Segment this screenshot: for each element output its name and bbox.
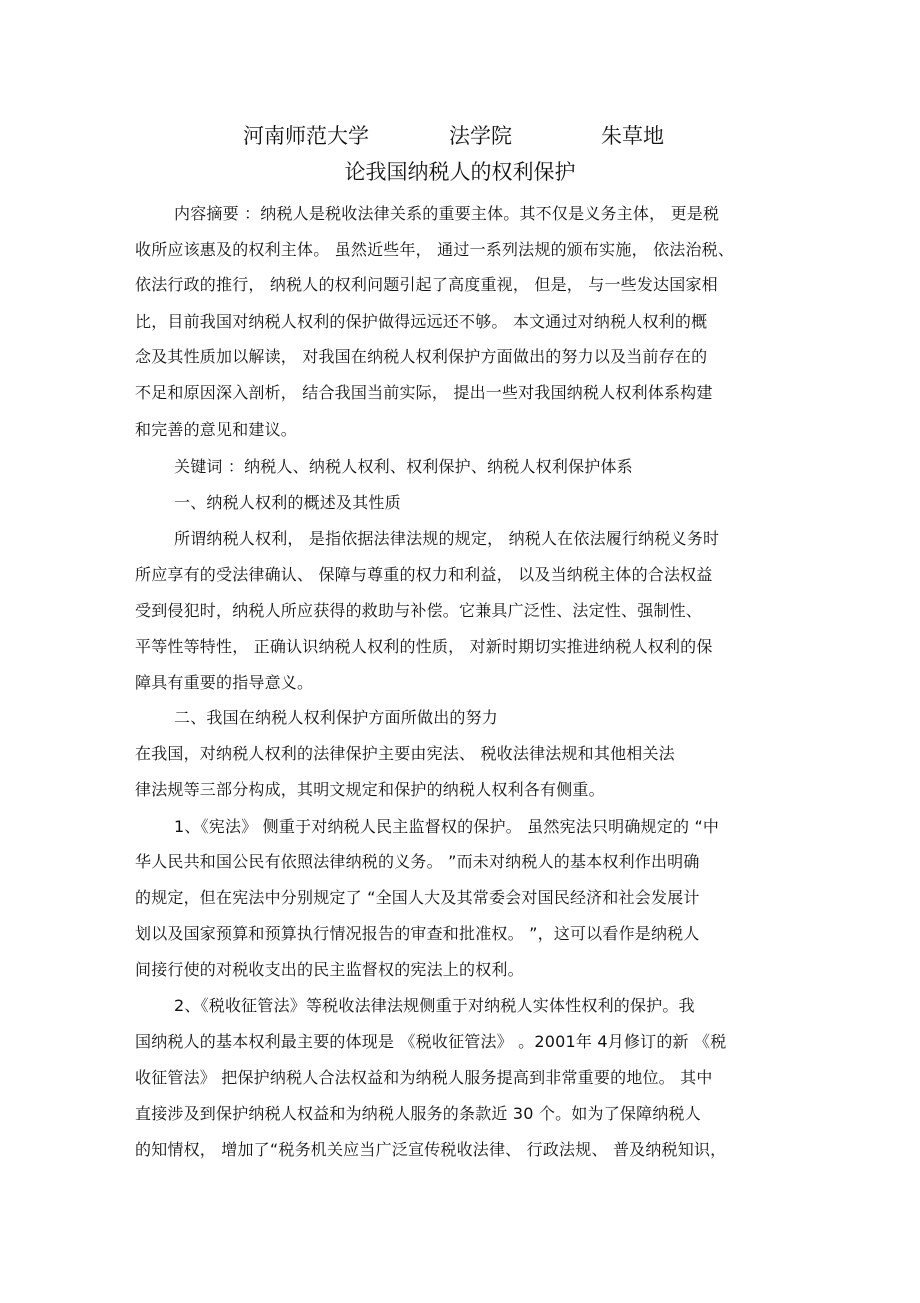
abstract-line: 念及其性质加以解读， 对我国在纳税人权利保护方面做出的努力以及当前存在的 bbox=[135, 346, 707, 368]
body-line: 直接涉及到保护纳税人权益和为纳税人服务的条款近 30 个。如为了保障纳税人 bbox=[135, 1103, 701, 1125]
section-heading-2: 二、我国在纳税人权利保护方面所做出的努力 bbox=[174, 707, 498, 729]
section-heading-1: 一、纳税人权利的概述及其性质 bbox=[174, 492, 401, 514]
body-line: 平等性等特性， 正确认识纳税人权利的性质， 对新时期切实推进纳税人权利的保 bbox=[135, 636, 713, 658]
body-line: 1、《宪法》 侧重于对纳税人民主监督权的保护。 虽然宪法只明确规定的 “中 bbox=[174, 816, 719, 838]
document-title: 论我国纳税人的权利保护 bbox=[0, 158, 920, 186]
header-school: 法学院 bbox=[449, 122, 512, 150]
abstract-line: 依法行政的推行， 纳税人的权利问题引起了高度重视， 但是， 与一些发达国家相 bbox=[135, 274, 718, 296]
abstract-line: 和完善的意见和建议。 bbox=[135, 419, 297, 441]
document-page: 河南师范大学 法学院 朱草地 论我国纳税人的权利保护 内容摘要 ：纳税人是税收法… bbox=[0, 0, 920, 1303]
body-line: 2、《税收征管法》等税收法律法规侧重于对纳税人实体性权利的保护。我 bbox=[174, 995, 695, 1017]
body-line: 的规定，但在宪法中分别规定了 “全国人大及其常委会对国民经济和社会发展计 bbox=[135, 887, 700, 909]
body-line: 的知情权， 增加了“税务机关应当广泛宣传税收法律、 行政法规、 普及纳税知识， bbox=[135, 1139, 726, 1161]
body-line: 律法规等三部分构成，其明文规定和保护的纳税人权利各有侧重。 bbox=[135, 779, 605, 801]
body-line: 所谓纳税人权利， 是指依据法律法规的规定， 纳税人在依法履行纳税义务时 bbox=[174, 528, 719, 550]
abstract-line: 不足和原因深入剖析， 结合我国当前实际， 提出一些对我国纳税人权利体系构建 bbox=[135, 382, 713, 404]
body-line: 收征管法》 把保护纳税人合法权益和为纳税人服务提高到非常重要的地位。 其中 bbox=[135, 1067, 713, 1089]
body-line: 在我国，对纳税人权利的法律保护主要由宪法、 税收法律法规和其他相关法 bbox=[135, 743, 675, 765]
body-line: 华人民共和国公民有依照法律纳税的义务。 ”而未对纳税人的基本权利作出明确 bbox=[135, 851, 700, 873]
body-line: 间接行使的对税收支出的民主监督权的宪法上的权利。 bbox=[135, 959, 524, 981]
abstract-line: 内容摘要 ：纳税人是税收法律关系的重要主体。其不仅是义务主体， 更是税 bbox=[174, 203, 719, 225]
body-line: 所应享有的受法律确认、 保障与尊重的权力和利益， 以及当纳税主体的合法权益 bbox=[135, 564, 713, 586]
body-line: 受到侵犯时，纳税人所应获得的救助与补偿。它兼具广泛性、法定性、强制性、 bbox=[135, 600, 702, 622]
body-line: 障具有重要的指导意义。 bbox=[135, 672, 313, 694]
abstract-line: 比，目前我国对纳税人权利的保护做得远远还不够。 本文通过对纳税人权利的概 bbox=[135, 311, 707, 333]
body-line: 国纳税人的基本权利最主要的体现是 《税收征管法》 。2001年 4月修订的新 《… bbox=[135, 1031, 726, 1053]
abstract-line: 收所应该惠及的权利主体。 虽然近些年， 通过一系列法规的颁布实施， 依法治税、 bbox=[135, 239, 734, 261]
keywords-line: 关键词 ：纳税人、纳税人权利、权利保护、纳税人权利保护体系 bbox=[174, 456, 633, 478]
header-university: 河南师范大学 bbox=[243, 122, 369, 150]
header-author: 朱草地 bbox=[601, 122, 664, 150]
body-line: 划以及国家预算和预算执行情况报告的审查和批准权。 ”，这可以看作是纳税人 bbox=[135, 923, 700, 945]
